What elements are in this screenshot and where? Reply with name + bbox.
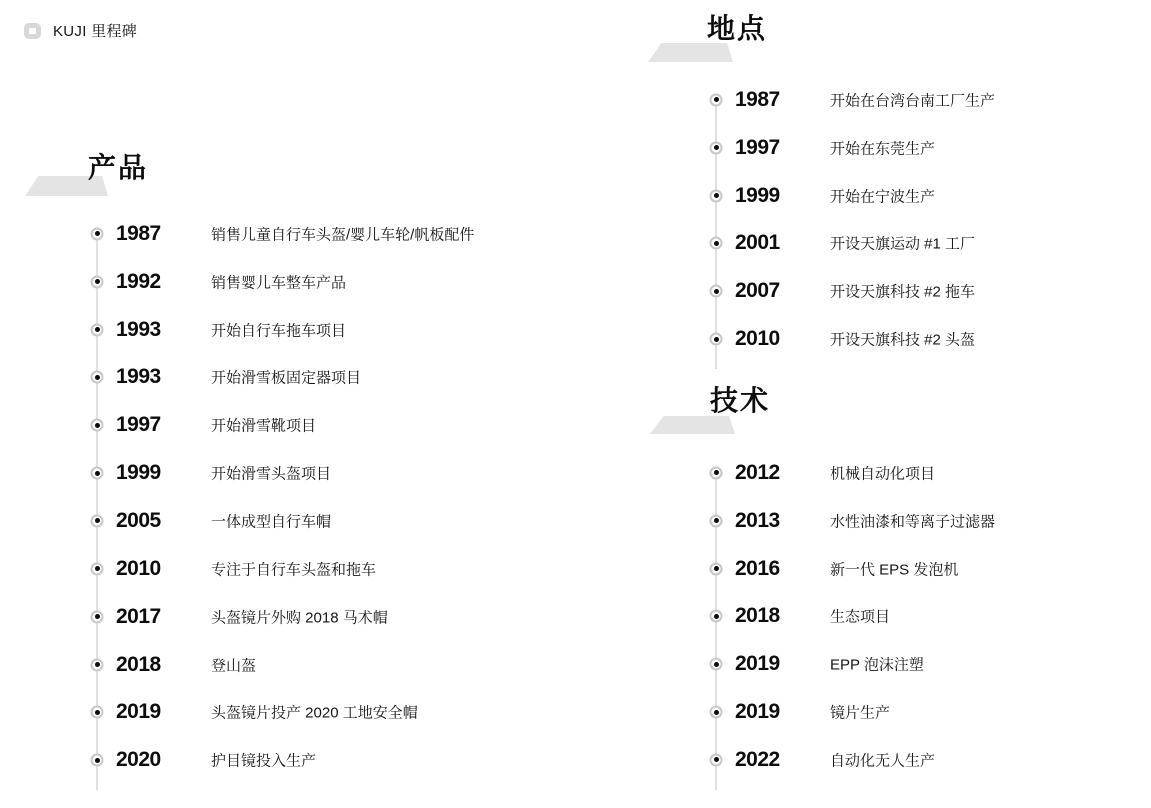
timeline-year: 2013	[735, 509, 780, 533]
timeline-year: 1987	[735, 88, 780, 112]
timeline-item: 2018 生态项目	[716, 593, 1151, 641]
timeline-label: 开始自行车拖车项目	[211, 319, 346, 340]
timeline-item: 1992 销售婴儿车整车产品	[97, 258, 567, 306]
timeline-dot-icon	[710, 753, 723, 766]
timeline-year: 1999	[116, 461, 161, 485]
timeline-year: 1987	[116, 222, 161, 246]
timeline-item: 1997 开始滑雪靴项目	[97, 401, 567, 449]
timeline-item: 2010 开设天旗科技 #2 头盔	[716, 315, 1151, 363]
timeline-dot-icon	[91, 610, 104, 623]
timeline-label: 开始滑雪头盔项目	[211, 463, 331, 484]
timeline-item: 1999 开始滑雪头盔项目	[97, 449, 567, 497]
timeline-item: 2010 专注于自行车头盔和拖车	[97, 545, 567, 593]
document-header: KUJI 里程碑	[24, 20, 137, 41]
timeline-label: 水性油漆和等离子过滤器	[830, 510, 995, 531]
timeline-item: 2019 镜片生产	[716, 688, 1151, 736]
timeline-item: 1997 开始在东莞生产	[716, 124, 1151, 172]
timeline-item: 1993 开始滑雪板固定器项目	[97, 354, 567, 402]
timeline-dot-icon	[91, 323, 104, 336]
timeline-year: 1997	[116, 413, 161, 437]
timeline-item: 2017 头盔镜片外购 2018 马术帽	[97, 593, 567, 641]
timeline-item: 2007 开设天旗科技 #2 拖车	[716, 267, 1151, 315]
timeline-item: 2018 登山盔	[97, 641, 567, 689]
timeline-year: 2010	[116, 557, 161, 581]
timeline-dot-icon	[710, 189, 723, 202]
section-title-technology: 技术	[710, 384, 770, 418]
timeline-dot-icon	[91, 514, 104, 527]
timeline-dot-icon	[710, 562, 723, 575]
timeline-item: 2020 护目镜投入生产	[97, 736, 567, 784]
timeline-year: 2022	[735, 748, 780, 772]
timeline-item: 2001 开设天旗运动 #1 工厂	[716, 220, 1151, 268]
section-title-locations: 地点	[707, 12, 767, 46]
timeline-year: 2010	[735, 327, 780, 351]
timeline-year: 2019	[735, 700, 780, 724]
timeline-dot-icon	[710, 333, 723, 346]
timeline-dot-icon	[91, 227, 104, 240]
timeline-year: 2020	[116, 748, 161, 772]
rounded-square-logo-icon	[24, 23, 41, 39]
timeline-label: 镜片生产	[830, 702, 890, 723]
timeline-year: 1993	[116, 318, 161, 342]
timeline-technology: 2012 机械自动化项目 2013 水性油漆和等离子过滤器 2016 新一代 E…	[716, 449, 1151, 784]
timeline-year: 1999	[735, 184, 780, 208]
timeline-item: 1999 开始在宁波生产	[716, 172, 1151, 220]
timeline-item: 2012 机械自动化项目	[716, 449, 1151, 497]
timeline-locations: 1987 开始在台湾台南工厂生产 1997 开始在东莞生产 1999 开始在宁波…	[716, 76, 1151, 363]
timeline-dot-icon	[710, 285, 723, 298]
timeline-label: 开始滑雪板固定器项目	[211, 367, 361, 388]
timeline-dot-icon	[710, 466, 723, 479]
timeline-label: 开设天旗科技 #2 拖车	[830, 281, 975, 302]
timeline-label: 生态项目	[830, 606, 890, 627]
timeline-year: 2007	[735, 279, 780, 303]
timeline-label: 头盔镜片投产 2020 工地安全帽	[211, 702, 418, 723]
timeline-year: 1993	[116, 365, 161, 389]
timeline-year: 2012	[735, 461, 780, 485]
timeline-dot-icon	[710, 93, 723, 106]
timeline-label: 头盔镜片外购 2018 马术帽	[211, 606, 388, 627]
timeline-dot-icon	[710, 658, 723, 671]
timeline-label: 专注于自行车头盔和拖车	[211, 558, 376, 579]
timeline-label: 新一代 EPS 发泡机	[830, 558, 958, 579]
timeline-item: 2019 EPP 泡沫注塑	[716, 640, 1151, 688]
timeline-year: 2019	[116, 700, 161, 724]
timeline-year: 2018	[116, 653, 161, 677]
page-title: KUJI 里程碑	[53, 20, 137, 41]
timeline-dot-icon	[710, 610, 723, 623]
milestones-page: KUJI 里程碑 产品 1987 销售儿童自行车头盔/婴儿车轮/帆板配件 199…	[0, 0, 1151, 808]
timeline-label: 机械自动化项目	[830, 462, 935, 483]
timeline-dot-icon	[91, 562, 104, 575]
timeline-label: 登山盔	[211, 654, 256, 675]
timeline-dot-icon	[91, 275, 104, 288]
timeline-item: 2013 水性油漆和等离子过滤器	[716, 497, 1151, 545]
timeline-dot-icon	[710, 514, 723, 527]
timeline-products: 1987 销售儿童自行车头盔/婴儿车轮/帆板配件 1992 销售婴儿车整车产品 …	[97, 210, 567, 784]
timeline-dot-icon	[91, 706, 104, 719]
timeline-year: 2016	[735, 557, 780, 581]
timeline-dot-icon	[91, 754, 104, 767]
timeline-item: 2016 新一代 EPS 发泡机	[716, 545, 1151, 593]
section-accent-shape	[650, 416, 735, 434]
timeline-dot-icon	[91, 419, 104, 432]
timeline-label: 开始在台湾台南工厂生产	[830, 89, 995, 110]
timeline-item: 2019 头盔镜片投产 2020 工地安全帽	[97, 688, 567, 736]
timeline-year: 2017	[116, 605, 161, 629]
timeline-label: 开始在东莞生产	[830, 137, 935, 158]
timeline-label: 开始滑雪靴项目	[211, 415, 316, 436]
timeline-label: 销售儿童自行车头盔/婴儿车轮/帆板配件	[211, 223, 474, 244]
timeline-dot-icon	[710, 237, 723, 250]
timeline-label: 开设天旗运动 #1 工厂	[830, 233, 975, 254]
timeline-label: 开设天旗科技 #2 头盔	[830, 329, 975, 350]
timeline-year: 1992	[116, 270, 161, 294]
timeline-item: 2022 自动化无人生产	[716, 736, 1151, 784]
timeline-item: 1987 开始在台湾台南工厂生产	[716, 76, 1151, 124]
timeline-dot-icon	[91, 371, 104, 384]
timeline-dot-icon	[710, 141, 723, 154]
timeline-year: 2019	[735, 652, 780, 676]
timeline-dot-icon	[91, 658, 104, 671]
timeline-label: 销售婴儿车整车产品	[211, 271, 346, 292]
timeline-year: 2001	[735, 231, 780, 255]
timeline-item: 1987 销售儿童自行车头盔/婴儿车轮/帆板配件	[97, 210, 567, 258]
timeline-dot-icon	[710, 706, 723, 719]
timeline-label: 开始在宁波生产	[830, 185, 935, 206]
timeline-item: 2005 一体成型自行车帽	[97, 497, 567, 545]
section-title-products: 产品	[88, 151, 148, 185]
timeline-item: 1993 开始自行车拖车项目	[97, 306, 567, 354]
timeline-year: 2018	[735, 604, 780, 628]
timeline-label: 护目镜投入生产	[211, 750, 316, 771]
timeline-label: 一体成型自行车帽	[211, 510, 331, 531]
timeline-label: EPP 泡沫注塑	[830, 654, 924, 675]
timeline-year: 2005	[116, 509, 161, 533]
timeline-label: 自动化无人生产	[830, 749, 935, 770]
timeline-dot-icon	[91, 467, 104, 480]
timeline-year: 1997	[735, 136, 780, 160]
